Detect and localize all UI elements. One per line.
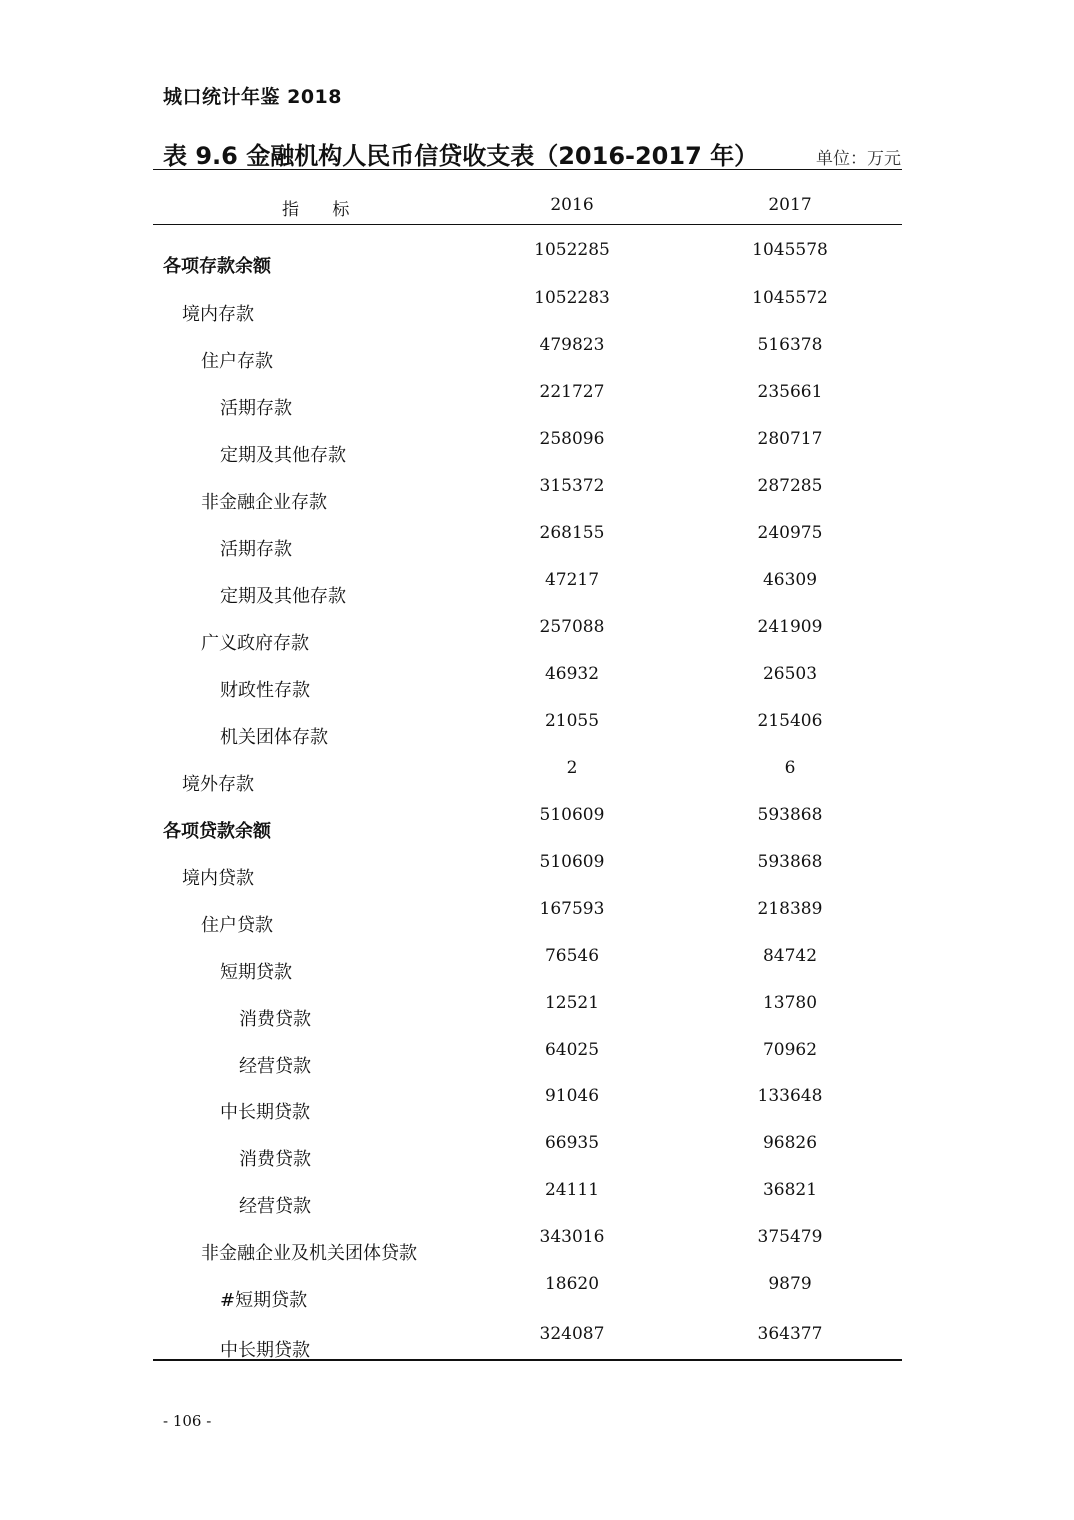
row-label: 各项存款余额 bbox=[163, 252, 271, 278]
row-label: 经营贷款 bbox=[239, 1192, 311, 1218]
cell-value: 76546 bbox=[545, 946, 599, 966]
column-header-2017-text: 2017 bbox=[768, 195, 811, 215]
row-label: 活期存款 bbox=[220, 535, 292, 561]
table-row: 活期存款221727235661 bbox=[153, 382, 902, 429]
row-label: 各项贷款余额 bbox=[163, 817, 271, 843]
cell-value: 215406 bbox=[758, 711, 823, 731]
cell-value: 516378 bbox=[758, 335, 823, 355]
cell-value: 96826 bbox=[763, 1133, 817, 1153]
cell-value: 64025 bbox=[545, 1040, 599, 1060]
table-bottom-rule bbox=[153, 1359, 902, 1361]
table-row: 非金融企业存款315372287285 bbox=[153, 476, 902, 523]
row-label: #短期贷款 bbox=[220, 1286, 307, 1312]
table-row: 财政性存款4693226503 bbox=[153, 664, 902, 711]
cell-value: 167593 bbox=[540, 899, 605, 919]
cell-value: 268155 bbox=[540, 523, 605, 543]
table-row: 各项贷款余额510609593868 bbox=[153, 805, 902, 852]
table-row: 经营贷款6402570962 bbox=[153, 1040, 902, 1087]
cell-value: 84742 bbox=[763, 946, 817, 966]
row-label: 境内贷款 bbox=[182, 864, 254, 890]
running-head: 城口统计年鉴 2018 bbox=[163, 82, 342, 109]
cell-value: 235661 bbox=[758, 382, 823, 402]
cell-value: 375479 bbox=[758, 1227, 823, 1247]
table-row: 消费贷款6693596826 bbox=[153, 1133, 902, 1180]
cell-value: 240975 bbox=[758, 523, 823, 543]
row-label: 消费贷款 bbox=[239, 1145, 311, 1171]
table-row: 境内存款10522831045572 bbox=[153, 288, 902, 335]
cell-value: 133648 bbox=[758, 1086, 823, 1106]
cell-value: 1052283 bbox=[534, 288, 610, 308]
table-row: 境外存款26 bbox=[153, 758, 902, 805]
table-row: 经营贷款2411136821 bbox=[153, 1180, 902, 1227]
column-header-indicator: 指 标 bbox=[282, 195, 363, 220]
row-label: 非金融企业存款 bbox=[201, 488, 327, 514]
cell-value: 510609 bbox=[540, 805, 605, 825]
cell-value: 21055 bbox=[545, 711, 599, 731]
cell-value: 287285 bbox=[758, 476, 823, 496]
row-label: 活期存款 bbox=[220, 394, 292, 420]
cell-value: 9879 bbox=[768, 1274, 811, 1294]
cell-value: 315372 bbox=[540, 476, 605, 496]
table-row: 定期及其他存款258096280717 bbox=[153, 429, 902, 476]
cell-value: 258096 bbox=[540, 429, 605, 449]
cell-value: 46932 bbox=[545, 664, 599, 684]
cell-value: 18620 bbox=[545, 1274, 599, 1294]
table-row: 活期存款268155240975 bbox=[153, 523, 902, 570]
cell-value: 479823 bbox=[540, 335, 605, 355]
row-label: 广义政府存款 bbox=[201, 629, 309, 655]
cell-value: 12521 bbox=[545, 993, 599, 1013]
table-row: 短期贷款7654684742 bbox=[153, 946, 902, 993]
table-row: 住户存款479823516378 bbox=[153, 335, 902, 382]
table-title-row: 表 9.6 金融机构人民币信贷收支表（2016-2017 年） 单位：万元 bbox=[163, 136, 901, 168]
table-top-rule bbox=[153, 169, 902, 170]
cell-value: 324087 bbox=[540, 1324, 605, 1344]
cell-value: 593868 bbox=[758, 852, 823, 872]
cell-value: 343016 bbox=[540, 1227, 605, 1247]
row-label: 非金融企业及机关团体贷款 bbox=[201, 1239, 417, 1265]
row-label: 定期及其他存款 bbox=[220, 582, 346, 608]
cell-value: 510609 bbox=[540, 852, 605, 872]
cell-value: 593868 bbox=[758, 805, 823, 825]
row-label: 住户贷款 bbox=[201, 911, 273, 937]
row-label: 境内存款 bbox=[182, 300, 254, 326]
table-row: 中长期贷款91046133648 bbox=[153, 1086, 902, 1133]
cell-value: 24111 bbox=[545, 1180, 599, 1200]
cell-value: 1045572 bbox=[752, 288, 828, 308]
row-label: 机关团体存款 bbox=[220, 723, 328, 749]
cell-value: 26503 bbox=[763, 664, 817, 684]
cell-value: 66935 bbox=[545, 1133, 599, 1153]
table-row: 境内贷款510609593868 bbox=[153, 852, 902, 899]
row-label: 经营贷款 bbox=[239, 1052, 311, 1078]
column-header-2016-text: 2016 bbox=[550, 195, 593, 215]
table-title: 表 9.6 金融机构人民币信贷收支表（2016-2017 年） bbox=[163, 136, 758, 171]
cell-value: 1045578 bbox=[752, 240, 828, 260]
row-label: 定期及其他存款 bbox=[220, 441, 346, 467]
cell-value: 241909 bbox=[758, 617, 823, 637]
page-number: - 106 - bbox=[163, 1412, 211, 1430]
cell-value: 36821 bbox=[763, 1180, 817, 1200]
cell-value: 46309 bbox=[763, 570, 817, 590]
cell-value: 2 bbox=[567, 758, 578, 778]
cell-value: 364377 bbox=[758, 1324, 823, 1344]
table-row: 定期及其他存款4721746309 bbox=[153, 570, 902, 617]
table-row: 消费贷款1252113780 bbox=[153, 993, 902, 1040]
row-label: 住户存款 bbox=[201, 347, 273, 373]
cell-value: 1052285 bbox=[534, 240, 610, 260]
cell-value: 221727 bbox=[540, 382, 605, 402]
row-label: 境外存款 bbox=[182, 770, 254, 796]
cell-value: 70962 bbox=[763, 1040, 817, 1060]
row-label: 财政性存款 bbox=[220, 676, 310, 702]
table-row: 广义政府存款257088241909 bbox=[153, 617, 902, 664]
cell-value: 13780 bbox=[763, 993, 817, 1013]
cell-value: 218389 bbox=[758, 899, 823, 919]
cell-value: 6 bbox=[785, 758, 796, 778]
table-row: #短期贷款186209879 bbox=[153, 1274, 902, 1321]
table-row: 中长期贷款324087364377 bbox=[153, 1324, 902, 1371]
cell-value: 47217 bbox=[545, 570, 599, 590]
row-label: 消费贷款 bbox=[239, 1005, 311, 1031]
row-label: 短期贷款 bbox=[220, 958, 292, 984]
row-label: 中长期贷款 bbox=[220, 1098, 310, 1124]
table-row: 住户贷款167593218389 bbox=[153, 899, 902, 946]
cell-value: 257088 bbox=[540, 617, 605, 637]
table-row: 非金融企业及机关团体贷款343016375479 bbox=[153, 1227, 902, 1274]
unit-label: 单位：万元 bbox=[816, 144, 901, 169]
table-header-rule bbox=[153, 224, 902, 225]
table-row: 各项存款余额10522851045578 bbox=[153, 240, 902, 287]
cell-value: 280717 bbox=[758, 429, 823, 449]
cell-value: 91046 bbox=[545, 1086, 599, 1106]
table-row: 机关团体存款21055215406 bbox=[153, 711, 902, 758]
